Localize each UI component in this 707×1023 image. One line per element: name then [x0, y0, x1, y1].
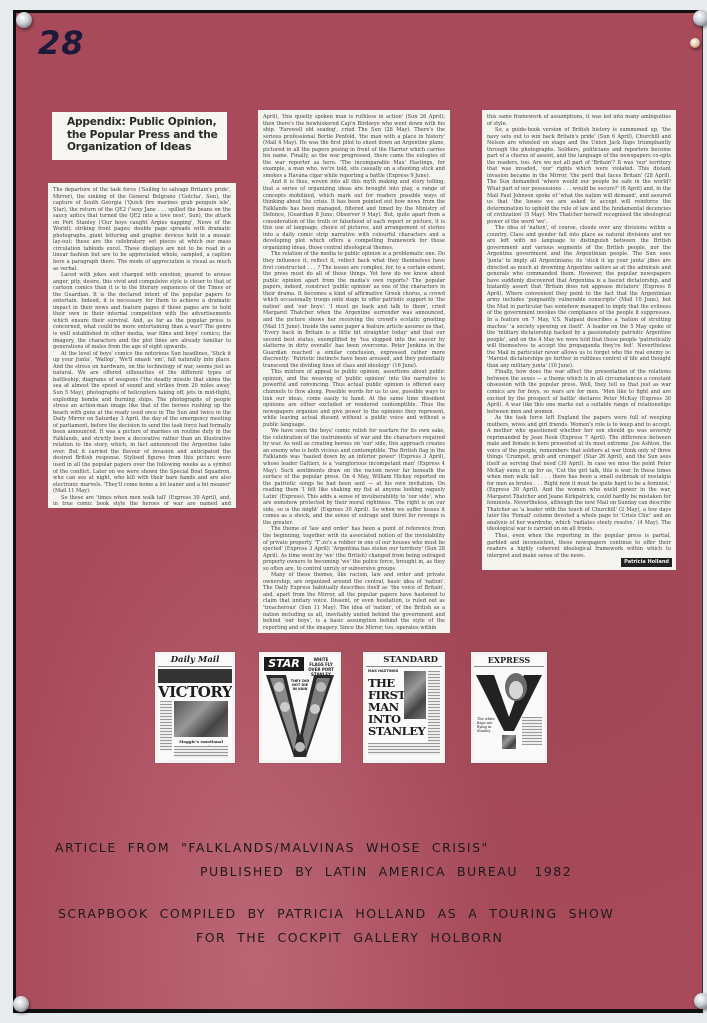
handwritten-venue-note: FOR THE COCKPIT GALLERY HOLBORN [196, 930, 503, 945]
paragraph: At the level of boys' comics the notorio… [53, 351, 231, 495]
author-credit: Patricia Holland [621, 558, 672, 567]
inner-text: THEY DID NOT DIE IN VAIN [290, 679, 310, 691]
text-block [368, 743, 440, 755]
paragraph: The idea of 'nation', of course, clouds … [487, 225, 671, 369]
handwritten-source-note: ARTICLE FROM "FALKLANDS/MALVINAS WHOSE C… [55, 840, 489, 855]
text-block [160, 701, 172, 751]
masthead: STAR [264, 657, 304, 671]
paragraph: April), 'this quietly spoken man is ruth… [263, 114, 445, 179]
paragraph: The theme of 'law and order' has been a … [263, 526, 445, 572]
title-line: the Popular Press and the [67, 129, 221, 142]
pushpin-bottom-right [694, 993, 707, 1009]
article-title: Appendix: Public Opinion, the Popular Pr… [52, 112, 227, 160]
handwritten-compiler-note: SCRAPBOOK COMPILED BY PATRICIA HOLLAND A… [58, 906, 614, 921]
paragraph: So these are 'times when men walk tall' … [53, 495, 231, 508]
paragraph: The relation of the media to public opin… [263, 251, 445, 369]
text-block [428, 671, 440, 743]
paragraph: Many of these themes, like racism, law a… [263, 572, 445, 631]
pushpin-top-right [693, 10, 707, 26]
page-number: 28 [38, 24, 85, 62]
photo [502, 735, 516, 749]
pushpin-top-left [16, 12, 32, 28]
article-column-2: April), 'this quietly spoken man is ruth… [258, 110, 450, 633]
photo [174, 701, 228, 737]
masthead: EXPRESS [474, 655, 544, 667]
banner [158, 669, 232, 683]
text-block [522, 717, 542, 745]
masthead: STANDARD [366, 655, 442, 667]
inner-text: The white flags are flying in Stanley [477, 717, 497, 733]
clipping-express: EXPRESS The white flags are flying in St… [471, 652, 547, 763]
paragraph: Thus, even when the reporting in the pop… [487, 533, 671, 559]
clipping-standard: STANDARD MAX HASTINGS THE FIRST MAN INTO… [363, 652, 445, 763]
text-block [174, 746, 228, 758]
title-line: Appendix: Public Opinion, [67, 116, 221, 129]
clipping-daily-mail: Daily Mail VICTORY! Maggie's emotional m… [155, 652, 235, 763]
title-line: Organization of Ideas [67, 141, 221, 154]
article-column-3: this same framework of assumptions, it w… [482, 110, 676, 570]
clipping-star: STAR WHITE FLAGS FLY OVER PORT STANLEY T… [259, 652, 341, 763]
photo [404, 671, 426, 719]
subhead: WHITE FLAGS FLY OVER PORT STANLEY [306, 657, 336, 677]
masthead: Daily Mail [158, 655, 232, 667]
article-column-1: The departure of the task force ('Sailin… [48, 183, 236, 508]
paragraph: Laced with jokes and charged with emotio… [53, 272, 231, 351]
paragraph: And it is thus, woven into all this myth… [263, 179, 445, 251]
paragraph: As the task force left England the paper… [487, 415, 671, 533]
handwritten-publisher-note: PUBLISHED BY LATIN AMERICA BUREAU 1982 [200, 864, 572, 879]
headline: VICTORY! [158, 685, 232, 700]
paragraph: Finally, how does the war affect the pre… [487, 369, 671, 415]
pushpin-bottom-left [13, 996, 29, 1012]
paragraph: this same framework of assumptions, it w… [487, 114, 671, 127]
paragraph: So, a guide-book version of British hist… [487, 127, 671, 225]
pushpin-small [690, 38, 700, 48]
paragraph: We have seen the boys' comic relish for … [263, 428, 445, 526]
paragraph: This mixture of appeal to public opinion… [263, 369, 445, 428]
paragraph: The departure of the task force ('Sailin… [53, 187, 231, 272]
